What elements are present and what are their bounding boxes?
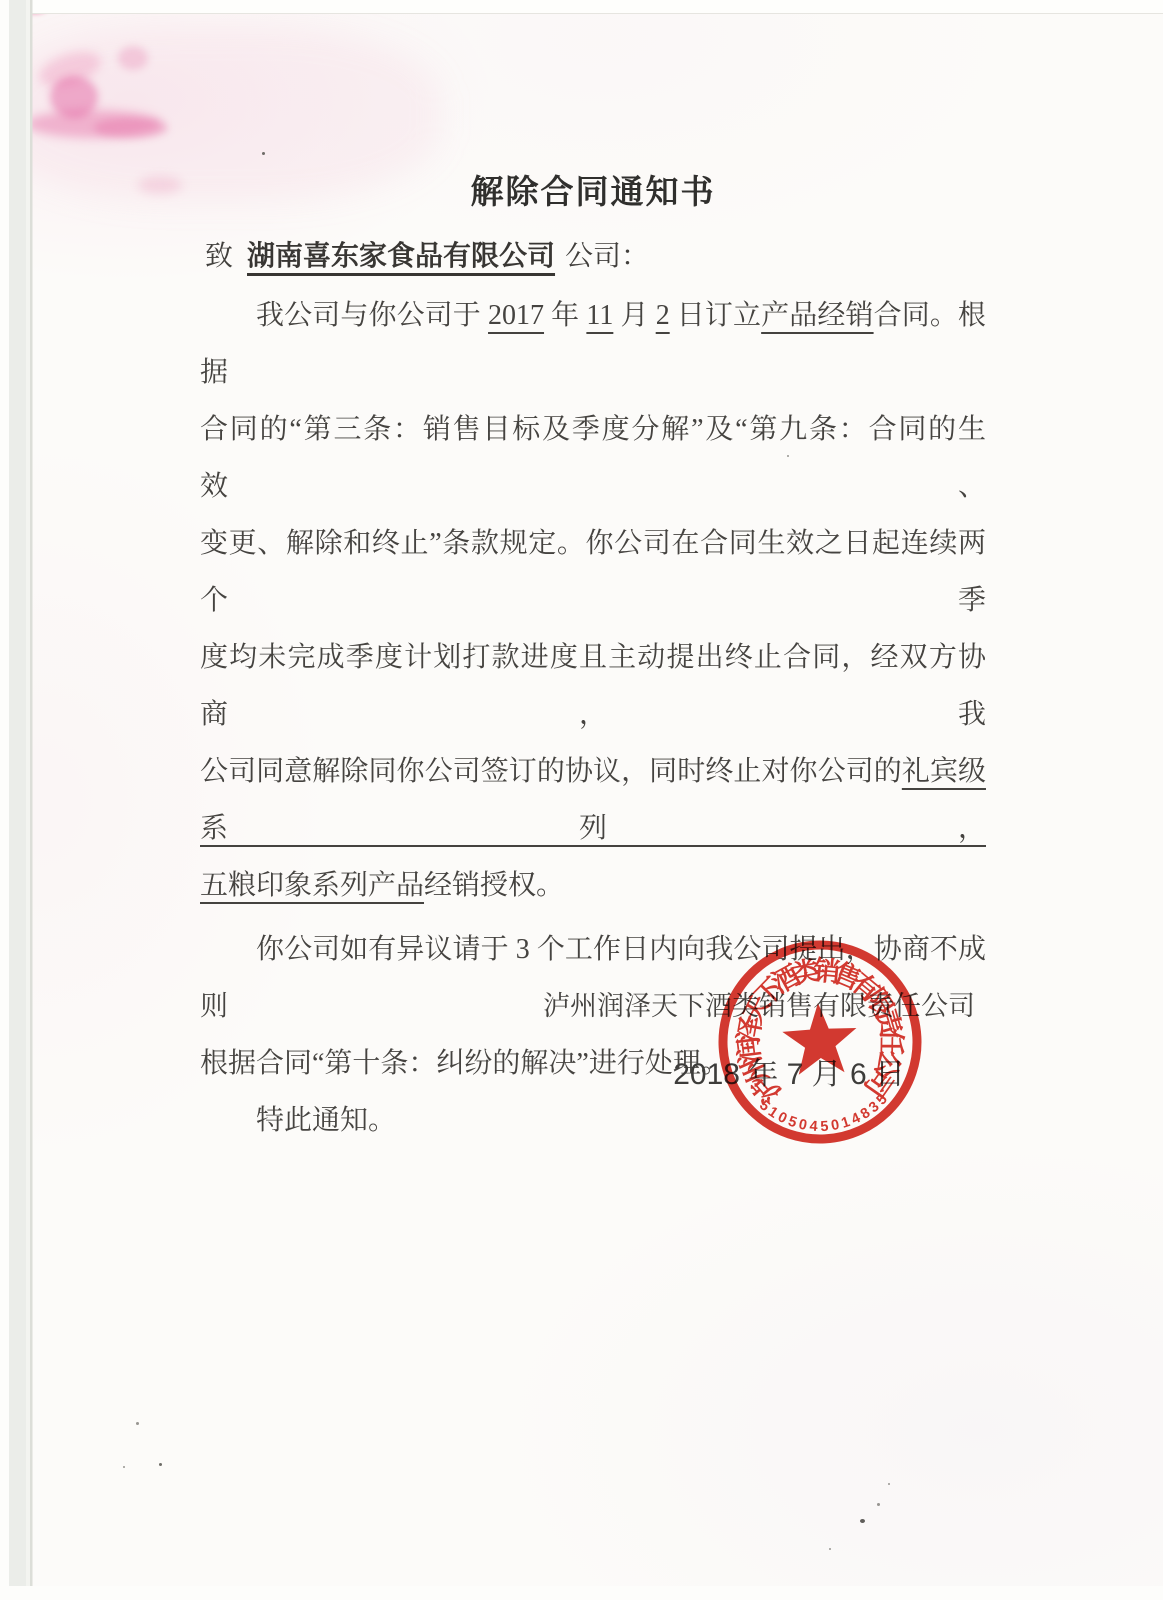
text: 合同的“第三条：销售目标及季度分解”及“第九条：合同的生效、: [200, 414, 986, 502]
ink-smudge: [26, 110, 162, 138]
body-line: 五粮印象系列产品经销授权。: [200, 857, 986, 914]
salutation-prefix: 致: [205, 241, 233, 272]
scan-speck: [123, 1466, 125, 1468]
svg-text:0: 0: [830, 1117, 841, 1134]
red-star-icon: [781, 1001, 859, 1075]
body-line: 变更、解除和终止”条款规定。你公司在合同生效之日起连续两个季: [200, 515, 986, 629]
document-title: 解除合同通知书: [200, 166, 986, 213]
scan-speck: [888, 1483, 890, 1485]
underlined-text: 11: [586, 300, 613, 331]
text: 年: [544, 300, 586, 331]
ink-smudge: [118, 46, 148, 70]
svg-text:5: 5: [820, 1119, 829, 1135]
text: 日订立: [670, 300, 761, 331]
scanner-edge-left: [0, 0, 33, 1600]
ink-smudge: [94, 118, 168, 138]
scan-speck: [829, 1548, 831, 1550]
ink-smudge: [50, 76, 98, 118]
scan-speck: [877, 1503, 880, 1506]
text: 特此通知。: [256, 1105, 396, 1136]
scanner-edge-bottom: [0, 1586, 1163, 1600]
ink-smudge: [35, 45, 105, 93]
salutation-suffix: 公司：: [565, 241, 649, 272]
text: 变更、解除和终止”条款规定。你公司在合同生效之日起连续两个季: [200, 528, 986, 616]
text: 我公司与你公司于: [256, 300, 488, 331]
underlined-text: 2017: [488, 300, 544, 331]
ink-smudge: [138, 176, 182, 194]
svg-text:0: 0: [797, 1117, 808, 1134]
body-line: 度均未完成季度计划打款进度且主动提出终止合同，经双方协商，我: [200, 629, 986, 743]
body-line: 公司同意解除同你公司签订的协议，同时终止对你公司的礼宾级系列，: [200, 743, 986, 857]
svg-text:5: 5: [786, 1113, 799, 1131]
scanner-edge-top: [0, 0, 1163, 14]
scan-speck: [136, 1422, 139, 1425]
underlined-text: 产品经销: [761, 300, 873, 331]
body-line: 合同的“第三条：销售目标及季度分解”及“第九条：合同的生效、: [200, 401, 986, 515]
scan-speck: [159, 1463, 162, 1466]
scan-speck: [860, 1519, 865, 1523]
text: 公司同意解除同你公司签订的协议，同时终止对你公司的: [200, 756, 902, 787]
recipient-company-name: 湖南喜东家食品有限公司: [247, 241, 555, 272]
scan-speck: [262, 152, 265, 155]
text: 度均未完成季度计划打款进度且主动提出终止合同，经双方协商，我: [200, 642, 986, 730]
body-line: 我公司与你公司于 2017 年 11 月 2 日订立产品经销合同。根据: [200, 287, 986, 401]
salutation-line: 致湖南喜东家食品有限公司公司：: [205, 234, 649, 274]
text: 月: [613, 300, 655, 331]
company-seal-stamp: 泸州润泽天下酒类销售有限责任公司 5105045014835: [700, 922, 940, 1162]
underlined-text: 五粮印象系列产品: [200, 870, 424, 901]
underlined-text: 2: [656, 300, 670, 331]
text: 经销授权。: [424, 870, 564, 901]
svg-text:4: 4: [809, 1118, 818, 1135]
scanned-document-page: 解除合同通知书 致湖南喜东家食品有限公司公司： 我公司与你公司于 2017 年 …: [0, 0, 1163, 1600]
paper: 解除合同通知书 致湖南喜东家食品有限公司公司： 我公司与你公司于 2017 年 …: [0, 0, 1163, 1600]
